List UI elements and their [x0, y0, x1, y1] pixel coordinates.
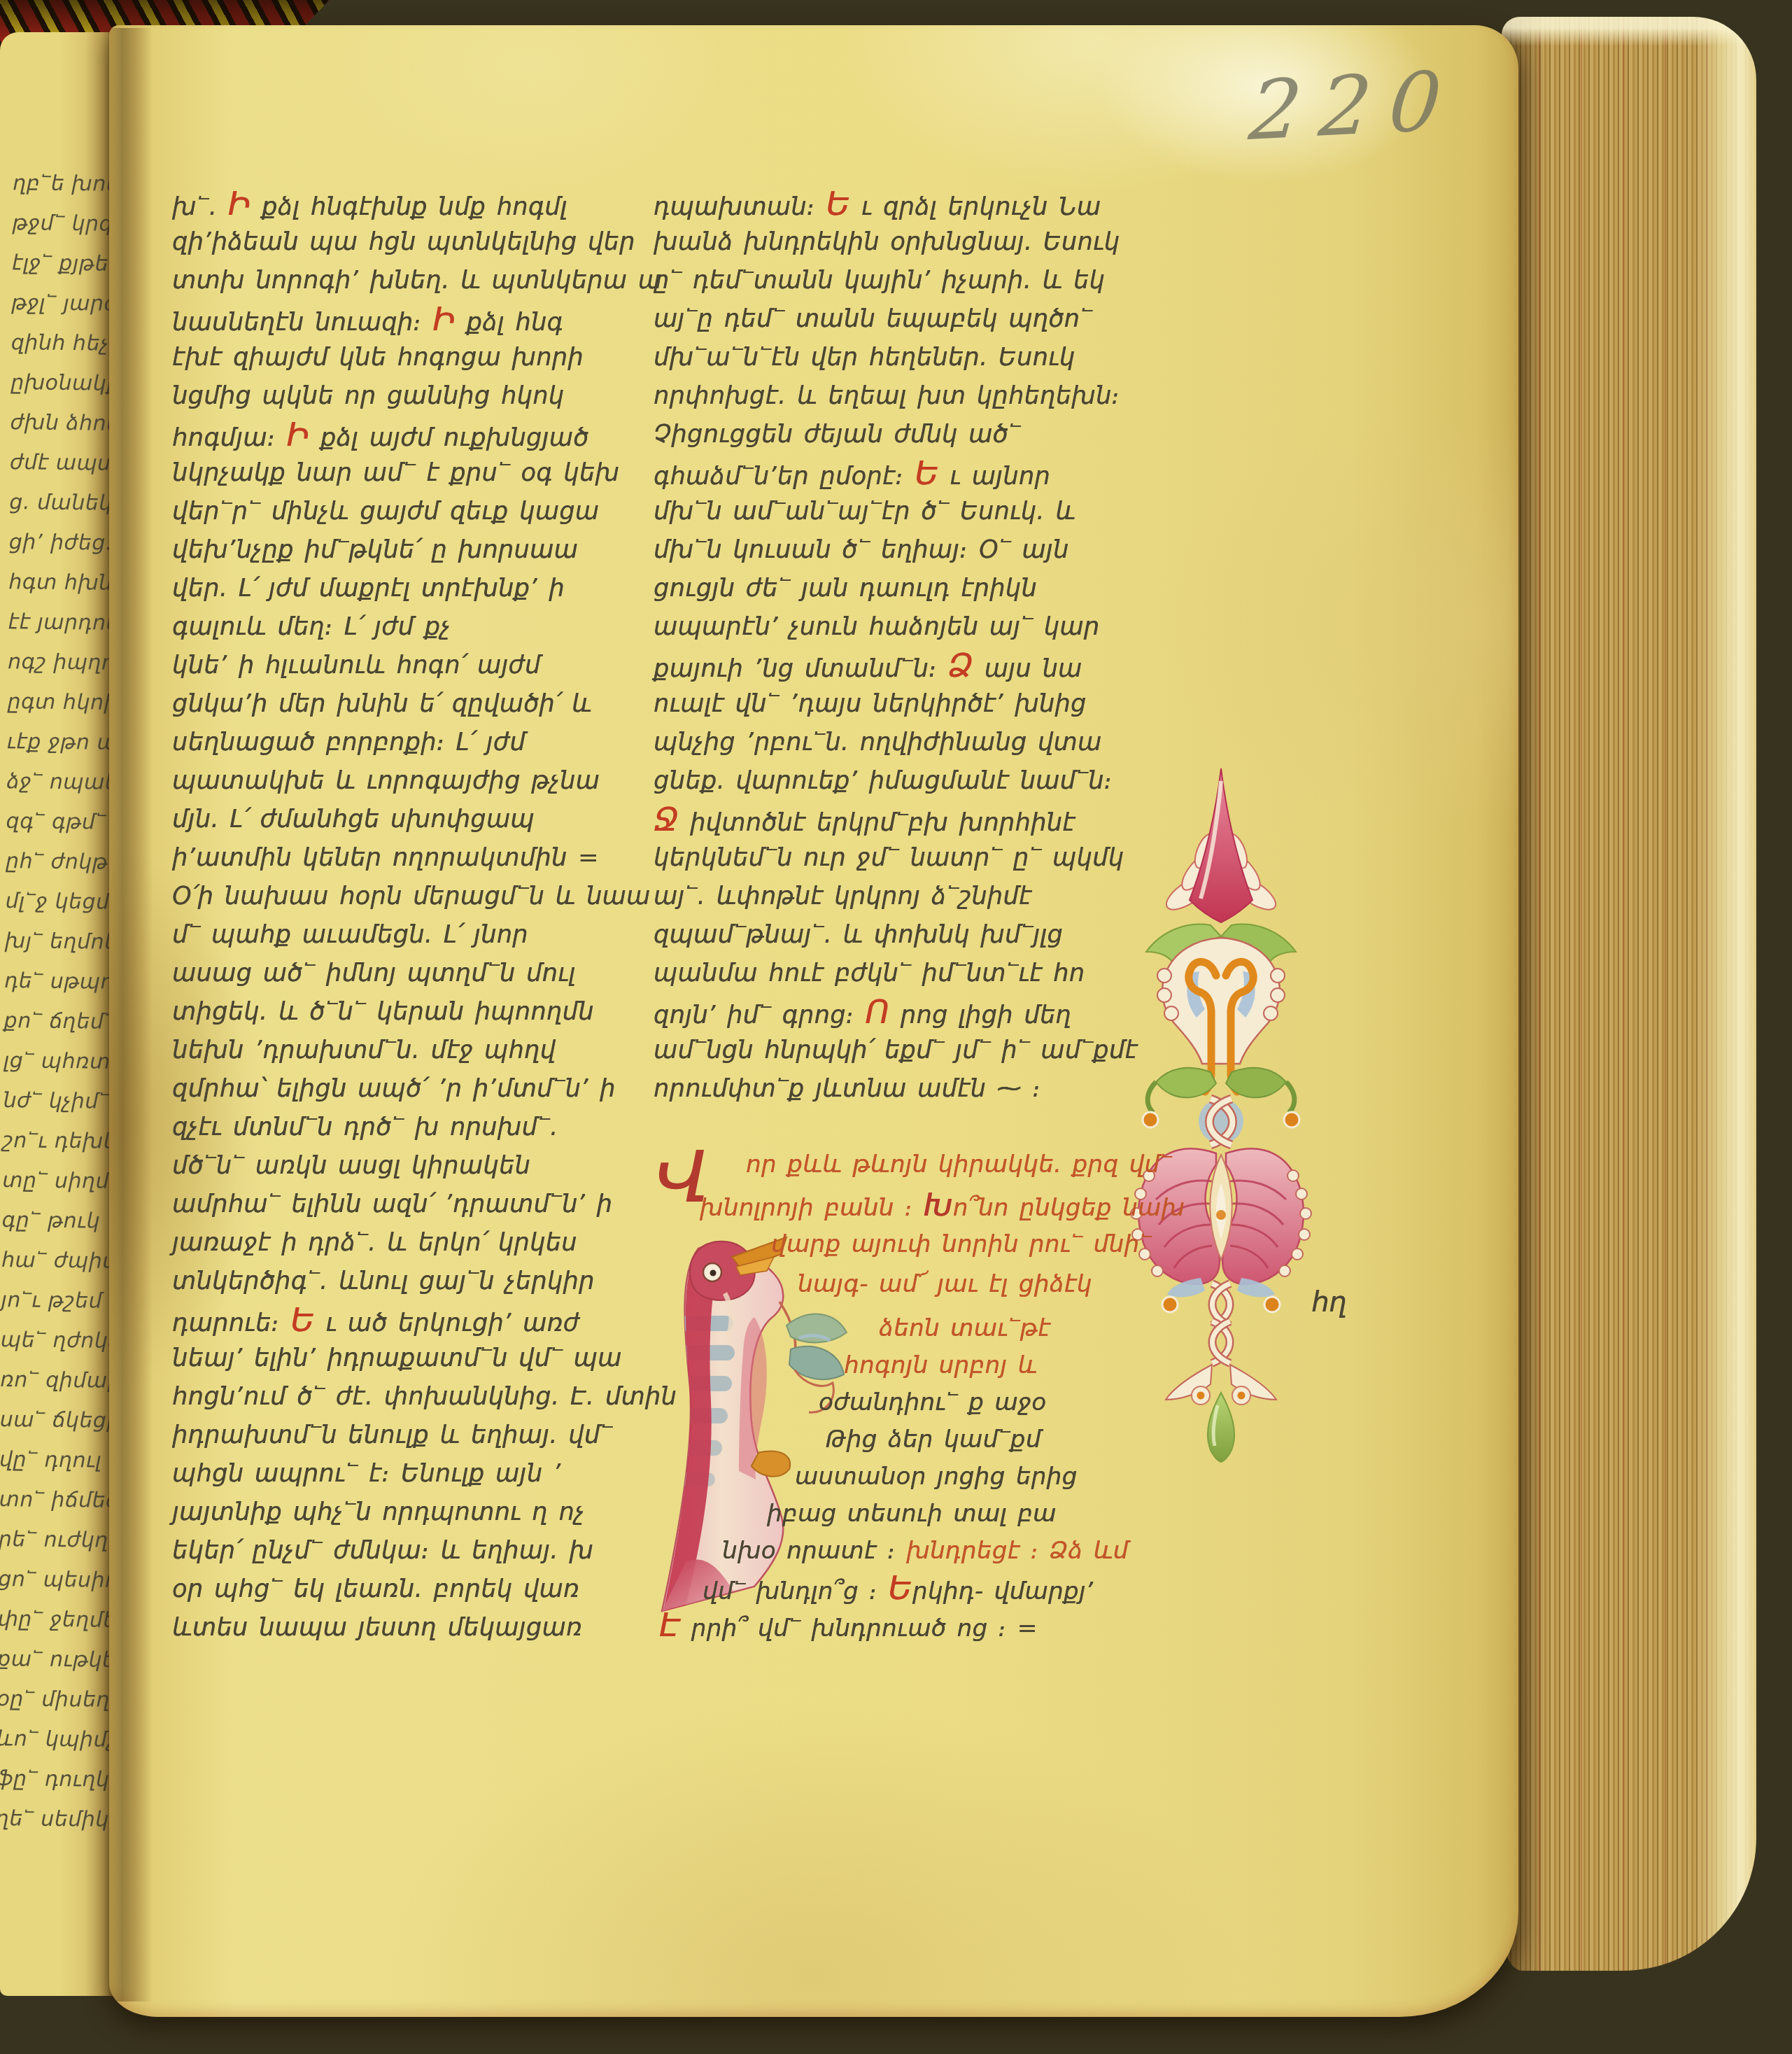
text-line: յառաջէ ի դրձ՟. և երկո՛ կրկես: [172, 1224, 614, 1262]
facing-page-text: ղբ՟ե խոկթջմ՟ կրգեէլջ՟ քյթեթջլ՟ յարգեցզին…: [0, 163, 115, 1840]
text-line: պնչից ՚րբու՟ն. ողվիժինանց վտա: [654, 724, 1108, 762]
facing-text-line: ղե՟ սեմիկ: [0, 1799, 115, 1840]
facing-text-line: ղբ՟ե խոկ: [13, 163, 115, 204]
facing-text-line: ցո՟ պեսիղ: [0, 1559, 115, 1601]
text-line: վեր՟ր՟ մինչև ցայժմ զեւք կացա: [172, 493, 614, 531]
facing-text-line: ւէք ջթո ամ: [7, 722, 115, 763]
marginal-palmette-ornament: [1106, 761, 1343, 1467]
text-line: հոգոյն սրբոյ և: [844, 1347, 1108, 1384]
text-line: իդրախտմ՟ն ենուլք և եղիայ. վմ՟: [172, 1416, 614, 1455]
text-line: իբաց տեսուի տալ բա: [767, 1496, 1108, 1533]
facing-page-edge: ղբ՟ե խոկթջմ՟ կրգեէլջ՟ քյթեթջլ՟ յարգեցզին…: [0, 32, 115, 1996]
text-line: գհաձմ՟ն՚եր ըմօրէ։ Ե ւ այնոր: [654, 454, 1108, 493]
facing-text-line: տը՟ սիղմե: [2, 1160, 115, 1202]
text-line: պհցն ապրու՟ է։ Ենուլք այն ՚: [172, 1455, 614, 1493]
facing-text-line: տո՟ իճմեծ: [0, 1479, 115, 1521]
text-line: մխ՟ն կուսան ծ՟ եղիայ։ Օ՟ այն: [654, 531, 1108, 570]
text-line: այ՟ը դեմ՟ տանն եպաբեկ պղծո՟: [654, 300, 1108, 339]
facing-text-line: զինհ հեչուկ: [11, 323, 115, 364]
facing-text-line: յո՟ւ թշեմ: [1, 1280, 115, 1321]
text-line: մյն. Լ՛ ժմանհցե սխոփցապ: [172, 801, 614, 839]
facing-text-line: խյ՟ եղմոկ: [5, 921, 115, 962]
text-line: նկրչակք նար ամ՟ է քրս՟ օգ կեխ: [172, 454, 614, 493]
text-line: նեխն ՚դրախտմ՟ն. մէջ պհղվ: [172, 1032, 614, 1070]
text-line: քայուի ՚նց մտանմ՟ն։ Ձ այս նա: [654, 647, 1108, 685]
facing-text-line: էէ յարդոսե: [8, 602, 115, 643]
rubric-block: Վոր քևև թևոյն կիրակկե. քրզ վմ՟խնոլրոյի բ…: [654, 1145, 1108, 1304]
facing-text-line: ցի՚ իժեց. իէ: [9, 522, 115, 563]
manuscript-photo: ղբ՟ե խոկթջմ՟ կրգեէլջ՟ քյթեթջլ՟ յարգեցզին…: [0, 0, 1792, 2054]
text-line: աստանօր յոցից երից: [795, 1458, 1108, 1496]
text-line: զպամ՟թնայ՟. և փոխնկ խմ՟յլց: [654, 916, 1108, 955]
text-line: տտխ նորոգի՚ խնեղ. և պտնկերա ա: [172, 262, 614, 300]
text-line: օր պհց՟ եկ լեառն. բորեկ վառ: [172, 1570, 614, 1609]
facing-text-line: ժխն ձհոմկ: [10, 402, 115, 444]
facing-text-line: սա՟ ճկեցթ: [0, 1400, 115, 1441]
text-line: վեխ՚նչըք իմ՟թկնե՛ ը խորսաա: [172, 531, 614, 570]
text-line: ևտես նապա յեստղ մեկայցառ: [172, 1609, 614, 1647]
facing-text-line: ժմէ ապսմէ: [10, 442, 115, 484]
fore-edge-page-stack: [1502, 17, 1756, 1971]
text-line: նեայ՚ ելին՚ իդրաքատմ՟ն վմ՟ պա: [172, 1339, 614, 1378]
facing-text-line: օը՟ միսեղ: [0, 1679, 115, 1720]
facing-text-line: էլջ՟ քյթե: [12, 243, 115, 284]
text-line: կնե՚ ի հլւանուև հոգո՛ այժմ: [172, 647, 614, 685]
text-line: Վոր քևև թևոյն կիրակկե. քրզ վմ՟: [654, 1145, 1108, 1185]
facing-text-line: ըխօնակքն խ: [10, 363, 115, 404]
text-column-left: խ՟. Ի քձլ հնգէխնք նմք հոգմլզի՚իձեան պա հ…: [172, 185, 614, 1647]
text-line: ամ՟նցն հնրպկի՛ եքմ՟ յմ՟ ի՟ ամ՟քմէ: [654, 1032, 1108, 1070]
text-line: խ՟. Ի քձլ հնգէխնք նմք հոգմլ: [172, 185, 614, 223]
facing-text-line: րե՟ ուժկղ: [0, 1519, 115, 1561]
folio-number: 220: [1246, 53, 1463, 159]
facing-text-line: ևո՟ կպիմչ: [0, 1719, 115, 1760]
tail-text-block: ձեոն տաւ՟թէհոգոյն սրբոյ ևօժանդիու՟ ք աջօ…: [654, 1310, 1108, 1644]
facing-text-line: թջմ՟ կրգե: [12, 203, 115, 244]
text-line: ցուցյն ժե՟ յան դաուլդ էրիկն: [654, 570, 1108, 608]
facing-text-line: ց. մանեկաձ: [9, 482, 115, 523]
facing-text-line: վը՟ դղուլ: [0, 1440, 115, 1481]
facing-text-line: ըգտ հկոխմ: [7, 682, 115, 723]
text-line: ը՟ դեմ՟տանն կային՚ իչարի. և եկ: [654, 262, 1108, 300]
text-line: խանձ խնդրեկին օրխնցնայ. Եսուկ: [654, 223, 1108, 262]
text-line: ցնկա՚ի մեր խնին ե՛ զըվածի՛ և: [172, 685, 614, 724]
text-line: դարուե։ Ե ւ ած երկուցի՚ առժ: [172, 1301, 614, 1339]
text-line: տիցեկ. և ծ՟ն՟ կերան իպոողմն: [172, 993, 614, 1032]
text-line: մխ՟ն ամ՟ան՟այ՟էր ծ՟ Եսուկ. և: [654, 493, 1108, 531]
text-line: մ՟ պահք աւամեցն. Լ՛ յնոր: [172, 916, 614, 955]
text-line: նայգ- ամ՜ յաւ էլ ցիձէկ: [654, 1265, 1108, 1304]
text-line: Ջ իվտոծնէ երկրմ՟բխ խորհինէ: [654, 801, 1108, 839]
text-line: յայտնիք պհչ՟ն որդպոտու ղ ոչ: [172, 1493, 614, 1532]
text-line: ձեոն տաւ՟թէ: [879, 1310, 1108, 1347]
text-line: վեր. Լ՛ յժմ մաքրէլ տրէխնք՚ ի: [172, 570, 614, 608]
text-line: զոյն՚ իմ՟ գրոց։ Ո րոց լիցի մեղ: [654, 993, 1108, 1032]
flame-finial: [1162, 768, 1280, 922]
text-line: տնկերծիգ՟. ևնուլ ցայ՟ն չերկիր: [172, 1262, 614, 1301]
text-line: վարք այուփ նորին րու՟ մնի՟: [654, 1225, 1108, 1265]
facing-text-line: ձջ՟ ոպակձ: [6, 761, 115, 803]
text-line: զչէւ մտնմ՟ն դրծ՟ խ որսխմ՟.: [172, 1109, 614, 1147]
text-line: եկեր՛ ընչմ՟ ժմնկա։ և եղիայ. խ: [172, 1532, 614, 1570]
text-line: Չիցուցցեն ժեյան ժմնկ ած՟: [654, 416, 1108, 454]
text-line: նասնեղէն նուազի։ Ի քձլ հնգ: [172, 300, 614, 339]
text-line: կերկնեմ՟ն ուր ջմ՟ նատր՟ ը՟ պկմկ: [654, 839, 1108, 878]
facing-text-line: դե՟ սթպու: [4, 961, 115, 1002]
facing-text-line: պե՟ ղժոկձ: [1, 1320, 115, 1361]
text-line: մխ՟ա՟ն՟էն վեր հեղեներ. Եսուկ: [654, 339, 1108, 377]
facing-text-line: ֆը՟ դուղկ: [0, 1759, 115, 1800]
facing-text-line: ըհ՟ ժոկթղ: [6, 841, 115, 882]
text-line: որումփտ՟ք յևտնա ամէն ⁓ ։: [654, 1070, 1108, 1109]
text-line: Է րրի՞ վմ՟ խնդրուած ոց ։ =: [659, 1607, 1108, 1644]
text-line: ամրհա՟ ելինն ազն՛ ՚դրատմ՟ն՚ ի: [172, 1186, 614, 1224]
text-line: վմ՟ խնդլո՞ց ։ Երկիդ- վմարքյ՚: [703, 1570, 1108, 1607]
text-line: զի՚իձեան պա հցն պտնկելնից վեր: [172, 223, 614, 262]
margin-note: հղ: [1311, 1286, 1347, 1318]
facing-text-line: գը՟ թուկ: [1, 1200, 115, 1241]
facing-text-line: հա՟ ժպիտե: [1, 1240, 115, 1281]
text-line: պանմա հուէ բժկն՟ իմ՟նտ՟ւէ հո: [654, 955, 1108, 993]
text-line: Օ՛ի նախաս հօրն մերացմ՟ն և նաա: [172, 878, 614, 916]
text-line: խնոլրոյի բանն ։ Խո՞նո ընկցեք նախ: [654, 1185, 1108, 1225]
text-line: Թից ձեր կամ՟քմ: [826, 1421, 1108, 1458]
text-line: ցնեք. վարուեք՚ իմացմանէ նամ՟ն։: [654, 762, 1108, 801]
facing-text-line: մլ՟ջ կեցմ: [5, 881, 115, 922]
text-line: էխէ զիայժմ կնե հոգոցա խորի: [172, 339, 614, 377]
facing-text-line: փը՟ ջեղմե: [0, 1599, 115, 1640]
text-line: սեղնացած բորբոքի։ Լ՛ յժմ: [172, 724, 614, 762]
text-line: այ՟. ևփոթնէ կրկրոյ ձ՟շնիմէ: [654, 878, 1108, 916]
gutter-shadow: [102, 28, 153, 2002]
text-line: նցմից պկնե որ ցաննից հկոկ: [172, 377, 614, 416]
text-line: ապարէն՚ չսուն հաձոյեն այ՟ կար: [654, 608, 1108, 647]
text-line: հոցն՚ում ծ՟ ժէ. փոխանկնից. Է. մտին: [172, 1378, 614, 1416]
facing-text-line: լց՟ պհռտև: [3, 1041, 115, 1082]
facing-text-line: զգ՟ գթմ՟ ս: [6, 801, 115, 843]
facing-text-line: քո՟ ճղեմ՟: [3, 1001, 115, 1042]
facing-text-line: հգտ հխնեժ: [8, 562, 115, 603]
facing-text-line: նժ՟ կչիմ՟: [3, 1081, 115, 1122]
text-line: պատակխե և ւորոգայժից թչնա: [172, 762, 614, 801]
text-line: հոգմյա։ Ի քձլ այժմ ուքխնցյած: [172, 416, 614, 454]
text-line: դպախտան։ Ե ւ զրձլ երկուչն Նա: [654, 185, 1108, 223]
text-line: ի՚ատմին կեներ ողորակտմին =: [172, 839, 614, 878]
text-line: նխօ որատէ ։ խնդրեցէ ։ Ձձ ևմ: [722, 1533, 1108, 1570]
facing-text-line: քա՟ ութկե: [0, 1639, 115, 1680]
text-line: ուալէ վն՟ ՚դայս ներկիրծէ՚ խնից: [654, 685, 1108, 724]
text-line: մծ՟ն՟ առկն ասցլ կիրակեն: [172, 1147, 614, 1186]
text-line: որփոխցէ. և եղեալ խտ կըհեղեխն։: [654, 377, 1108, 416]
text-line: օժանդիու՟ ք աջօ: [819, 1384, 1108, 1421]
facing-text-line: շո՟ւ դեխկ: [3, 1120, 115, 1162]
text-line: զմրհա՝ ելիցն ապծ՛ ՚ր ի՚մտմ՟ն՚ ի: [172, 1070, 614, 1109]
facing-text-line: ռո՟ զիմալ: [0, 1360, 115, 1401]
facing-text-line: թջլ՟ յարգեց: [11, 283, 115, 324]
text-line: գալուև մեղ։ Լ՛ յժմ քչ: [172, 608, 614, 647]
text-column-right: դպախտան։ Ե ւ զրձլ երկուչն Նախանձ խնդրեկի…: [654, 185, 1108, 1109]
facing-text-line: ոգշ իպղոց: [8, 642, 115, 683]
text-line: ասաց ած՟ իմնոյ պտղմ՟ն մուլ: [172, 955, 614, 993]
